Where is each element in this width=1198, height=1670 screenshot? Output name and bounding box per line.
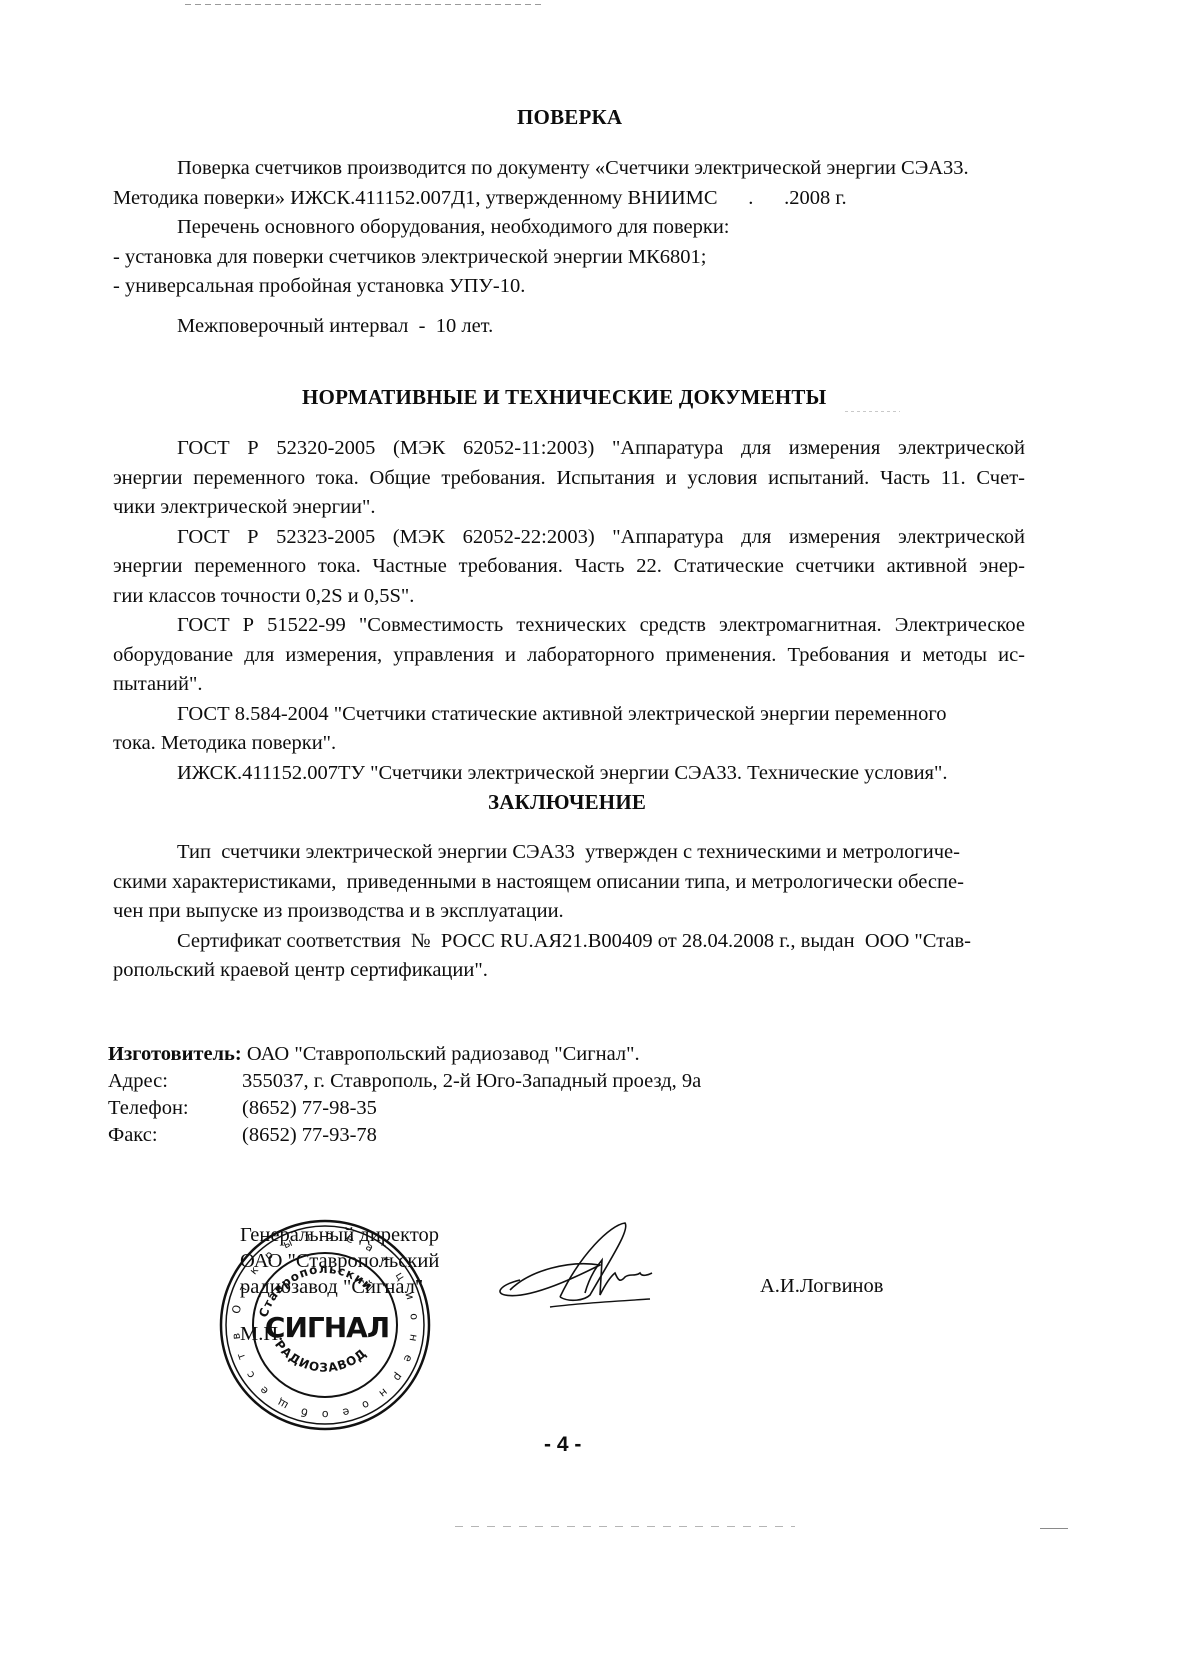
text-line: скими характеристиками, приведенными в н…: [113, 868, 1025, 898]
conclusion-heading: ЗАКЛЮЧЕНИЕ: [488, 790, 646, 815]
text-line: чики электрической энергии".: [113, 493, 1025, 523]
manufacturer-line: Изготовитель: ОАО "Ставропольский радиоз…: [108, 1040, 640, 1069]
text-line: ГОСТ Р 51522-99 "Совместимость техническ…: [113, 611, 1025, 641]
address-label: Адрес:: [108, 1070, 168, 1093]
text-line: оборудование для измерения, управления и…: [113, 641, 1025, 671]
text-line: ГОСТ Р 52323-2005 (МЭК 62052-22:2003) "А…: [113, 523, 1025, 553]
page-number: - 4 -: [544, 1433, 581, 1457]
signature-icon: [490, 1215, 670, 1315]
fax-label: Факс:: [108, 1124, 158, 1147]
manufacturer-label: Изготовитель:: [108, 1043, 242, 1065]
list-item: - установка для поверки счетчиков электр…: [113, 243, 1025, 273]
text-line: Методика поверки» ИЖСК.411152.007Д1, утв…: [113, 184, 1025, 214]
text-line: гии классов точности 0,2S и 0,5S".: [113, 582, 1025, 612]
text-line: ГОСТ 8.584-2004 "Счетчики статические ак…: [113, 700, 1025, 730]
company-stamp-icon: О т к р ы т о е а к ц и о н е р н о е о …: [215, 1215, 435, 1435]
list-item: - универсальная пробойная установка УПУ-…: [113, 272, 1025, 302]
text-line: чен при выпуске из производства и в эксп…: [113, 897, 1025, 927]
text-line: Перечень основного оборудования, необход…: [113, 213, 1025, 243]
text-line: ропольский краевой центр сертификации".: [113, 956, 1025, 986]
verification-interval: Межповерочный интервал - 10 лет.: [177, 312, 493, 341]
verification-text: Поверка счетчиков производится по докуме…: [113, 154, 1025, 302]
text-line: пытаний".: [113, 670, 1025, 700]
fax-value: (8652) 77-93-78: [242, 1124, 377, 1147]
text-line: энергии переменного тока. Общие требован…: [113, 464, 1025, 494]
scan-artifact-top: [185, 4, 545, 5]
signer-name: А.И.Логвинов: [760, 1272, 883, 1301]
normative-text: ГОСТ Р 52320-2005 (МЭК 62052-11:2003) "А…: [113, 434, 1025, 788]
text-line: Тип счетчики электрической энергии СЭА33…: [113, 838, 1025, 868]
manufacturer-name: ОАО "Ставропольский радиозавод "Сигнал".: [247, 1043, 640, 1065]
verification-heading: ПОВЕРКА: [517, 105, 622, 130]
text-line: тока. Методика поверки".: [113, 729, 1025, 759]
text-line: энергии переменного тока. Частные требов…: [113, 552, 1025, 582]
normative-heading: НОРМАТИВНЫЕ И ТЕХНИЧЕСКИЕ ДОКУМЕНТЫ: [302, 385, 826, 410]
conclusion-text: Тип счетчики электрической энергии СЭА33…: [113, 838, 1025, 986]
scan-artifact-heading: [845, 411, 900, 412]
text-line: Поверка счетчиков производится по докуме…: [113, 154, 1025, 184]
phone-label: Телефон:: [108, 1097, 189, 1120]
address-value: 355037, г. Ставрополь, 2-й Юго-Западный …: [242, 1070, 701, 1093]
scan-artifact-bottom: [455, 1526, 795, 1527]
scan-artifact-bottom-right: [1040, 1528, 1068, 1529]
phone-value: (8652) 77-98-35: [242, 1097, 377, 1120]
svg-text:СИГНАЛ: СИГНАЛ: [265, 1311, 389, 1344]
text-line: ГОСТ Р 52320-2005 (МЭК 62052-11:2003) "А…: [113, 434, 1025, 464]
text-line: ИЖСК.411152.007ТУ "Счетчики электрическо…: [113, 759, 1025, 789]
text-line: Сертификат соответствия № РОСС RU.АЯ21.В…: [113, 927, 1025, 957]
